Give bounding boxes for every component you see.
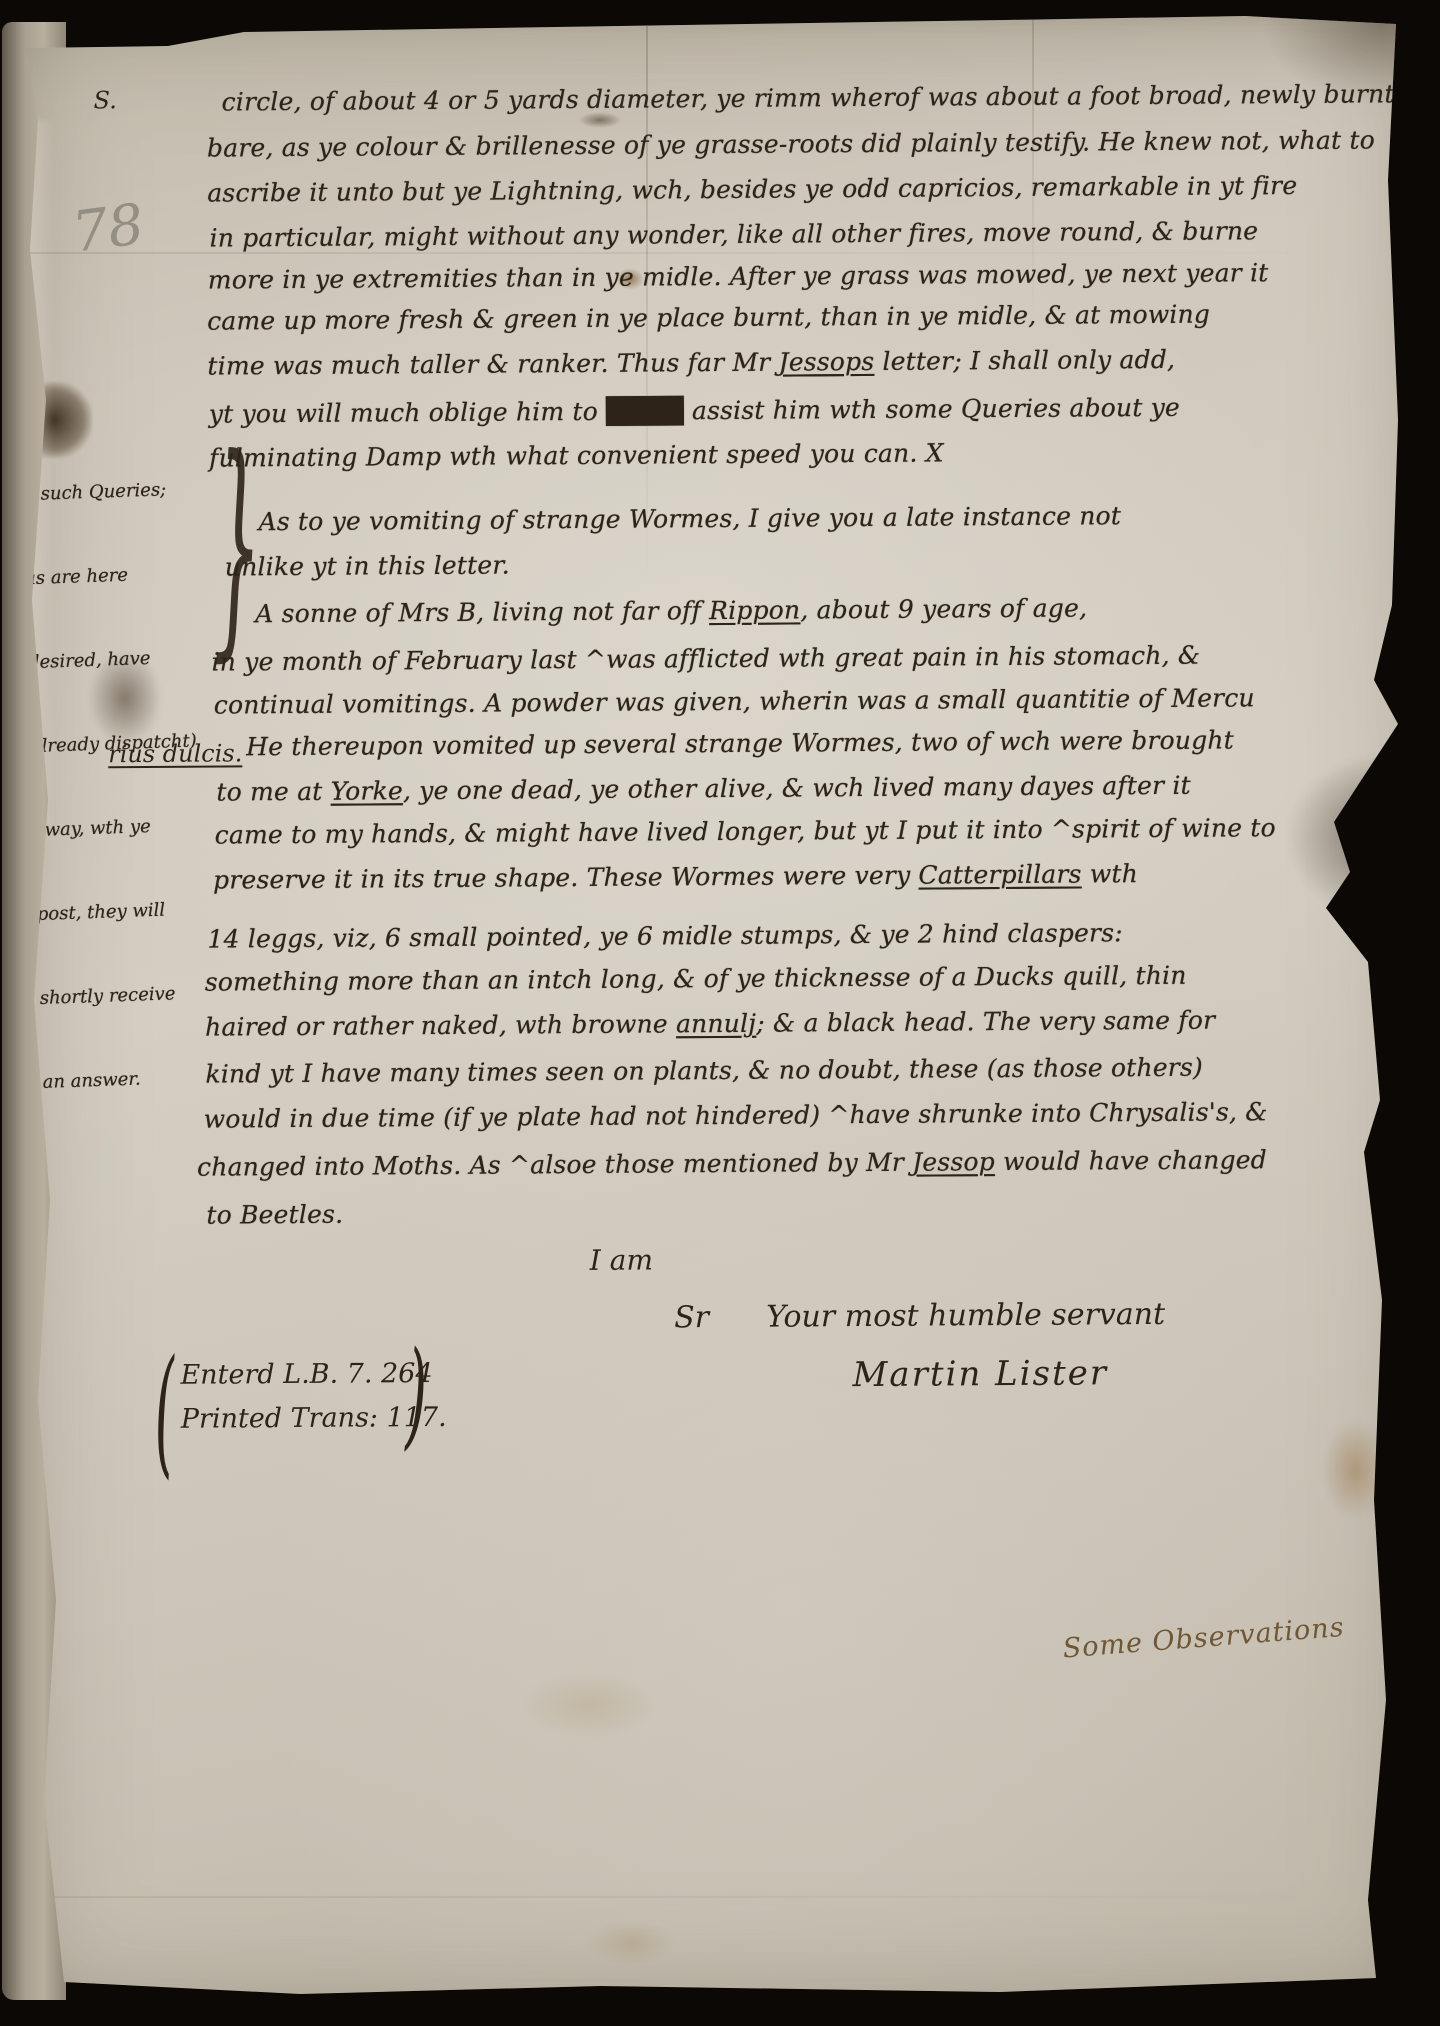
margin-note-line: X such Queries; bbox=[22, 476, 189, 510]
letter-line: time was much taller & ranker. Thus far … bbox=[207, 345, 1175, 381]
letter-line: haired or rather naked, wth browne annul… bbox=[205, 1006, 1215, 1042]
manuscript-page: S. 78 circle, of about 4 or 5 yards diam… bbox=[0, 0, 1440, 2026]
letter-line: something more than an intch long, & of … bbox=[205, 961, 1187, 997]
letter-line: 14 leggs, viz, 6 small pointed, ye 6 mid… bbox=[207, 918, 1123, 953]
letter-line: He thereupon vomited up several strange … bbox=[246, 725, 1234, 761]
handwriting-layer: S. 78 circle, of about 4 or 5 yards diam… bbox=[0, 0, 1440, 2026]
letter-line: circle, of about 4 or 5 yards diameter, … bbox=[222, 79, 1395, 116]
letter-line: would in due time (if ye plate had not h… bbox=[204, 1097, 1268, 1133]
letter-line: continual vomitings. A powder was given,… bbox=[214, 683, 1255, 719]
catalog-note-paren-close: ) bbox=[405, 1336, 427, 1454]
docket-title: Some Observations bbox=[1062, 1612, 1346, 1665]
letter-line: A sonne of Mrs B, living not far off Rip… bbox=[255, 593, 1087, 628]
letter-line: preserve it in its true shape. These Wor… bbox=[213, 859, 1138, 894]
margin-note-line: post, they will bbox=[36, 895, 203, 929]
catalog-note-paren-open: ( bbox=[152, 1343, 177, 1484]
corner-mark: S. bbox=[94, 86, 117, 114]
letter-line: As to ye vomiting of strange Wormes, I g… bbox=[258, 501, 1121, 536]
letter-line: in particular, might without any wonder,… bbox=[209, 216, 1258, 252]
closing-line: I am bbox=[590, 1243, 653, 1276]
photo-backdrop: S. 78 circle, of about 4 or 5 yards diam… bbox=[0, 0, 1440, 2026]
margin-note-line: desired, have bbox=[28, 643, 195, 677]
margin-note-line: shortly receive bbox=[39, 979, 206, 1013]
pencil-page-number: 78 bbox=[69, 192, 148, 266]
margin-note: X such Queries; as are here desired, hav… bbox=[20, 420, 211, 1153]
margin-brace: } bbox=[212, 427, 263, 663]
letter-line: unlike yt in this letter. bbox=[225, 550, 510, 581]
letter-line: in ye month of February last ^was afflic… bbox=[211, 641, 1200, 677]
letter-line: to me at Yorke, ye one dead, ye other al… bbox=[216, 771, 1191, 807]
margin-note-line: as are here bbox=[25, 559, 192, 593]
letter-line: kind yt I have many times seen on plants… bbox=[205, 1053, 1203, 1089]
letter-line: more in ye extremities than in ye midle.… bbox=[208, 258, 1269, 294]
letter-line: ascribe it unto but ye Lightning, wch, b… bbox=[207, 171, 1297, 208]
letter-line: changed into Moths. As ^alsoe those ment… bbox=[197, 1145, 1267, 1181]
letter-line: came up more fresh & green in ye place b… bbox=[207, 300, 1210, 336]
photographed-manuscript: { "colors":{ "background":"#0b0805", "pa… bbox=[0, 0, 1440, 2026]
letter-line: came to my hands, & might have lived lon… bbox=[215, 813, 1276, 849]
closing-salutation: Sr Your most humble servant bbox=[674, 1297, 1165, 1335]
letter-line: to Beetles. bbox=[206, 1200, 343, 1230]
margin-catchword: rius dulcis. bbox=[108, 739, 242, 768]
letter-line: bare, as ye colour & brillenesse of ye g… bbox=[207, 125, 1375, 162]
letter-line: fulminating Damp wth what convenient spe… bbox=[209, 438, 944, 472]
signature: Martin Lister bbox=[852, 1353, 1108, 1395]
margin-note-line: an answer. bbox=[42, 1063, 209, 1097]
letter-line: yt you will much oblige him to ████ assi… bbox=[209, 393, 1180, 429]
margin-note-line: away, wth ye bbox=[33, 811, 200, 845]
